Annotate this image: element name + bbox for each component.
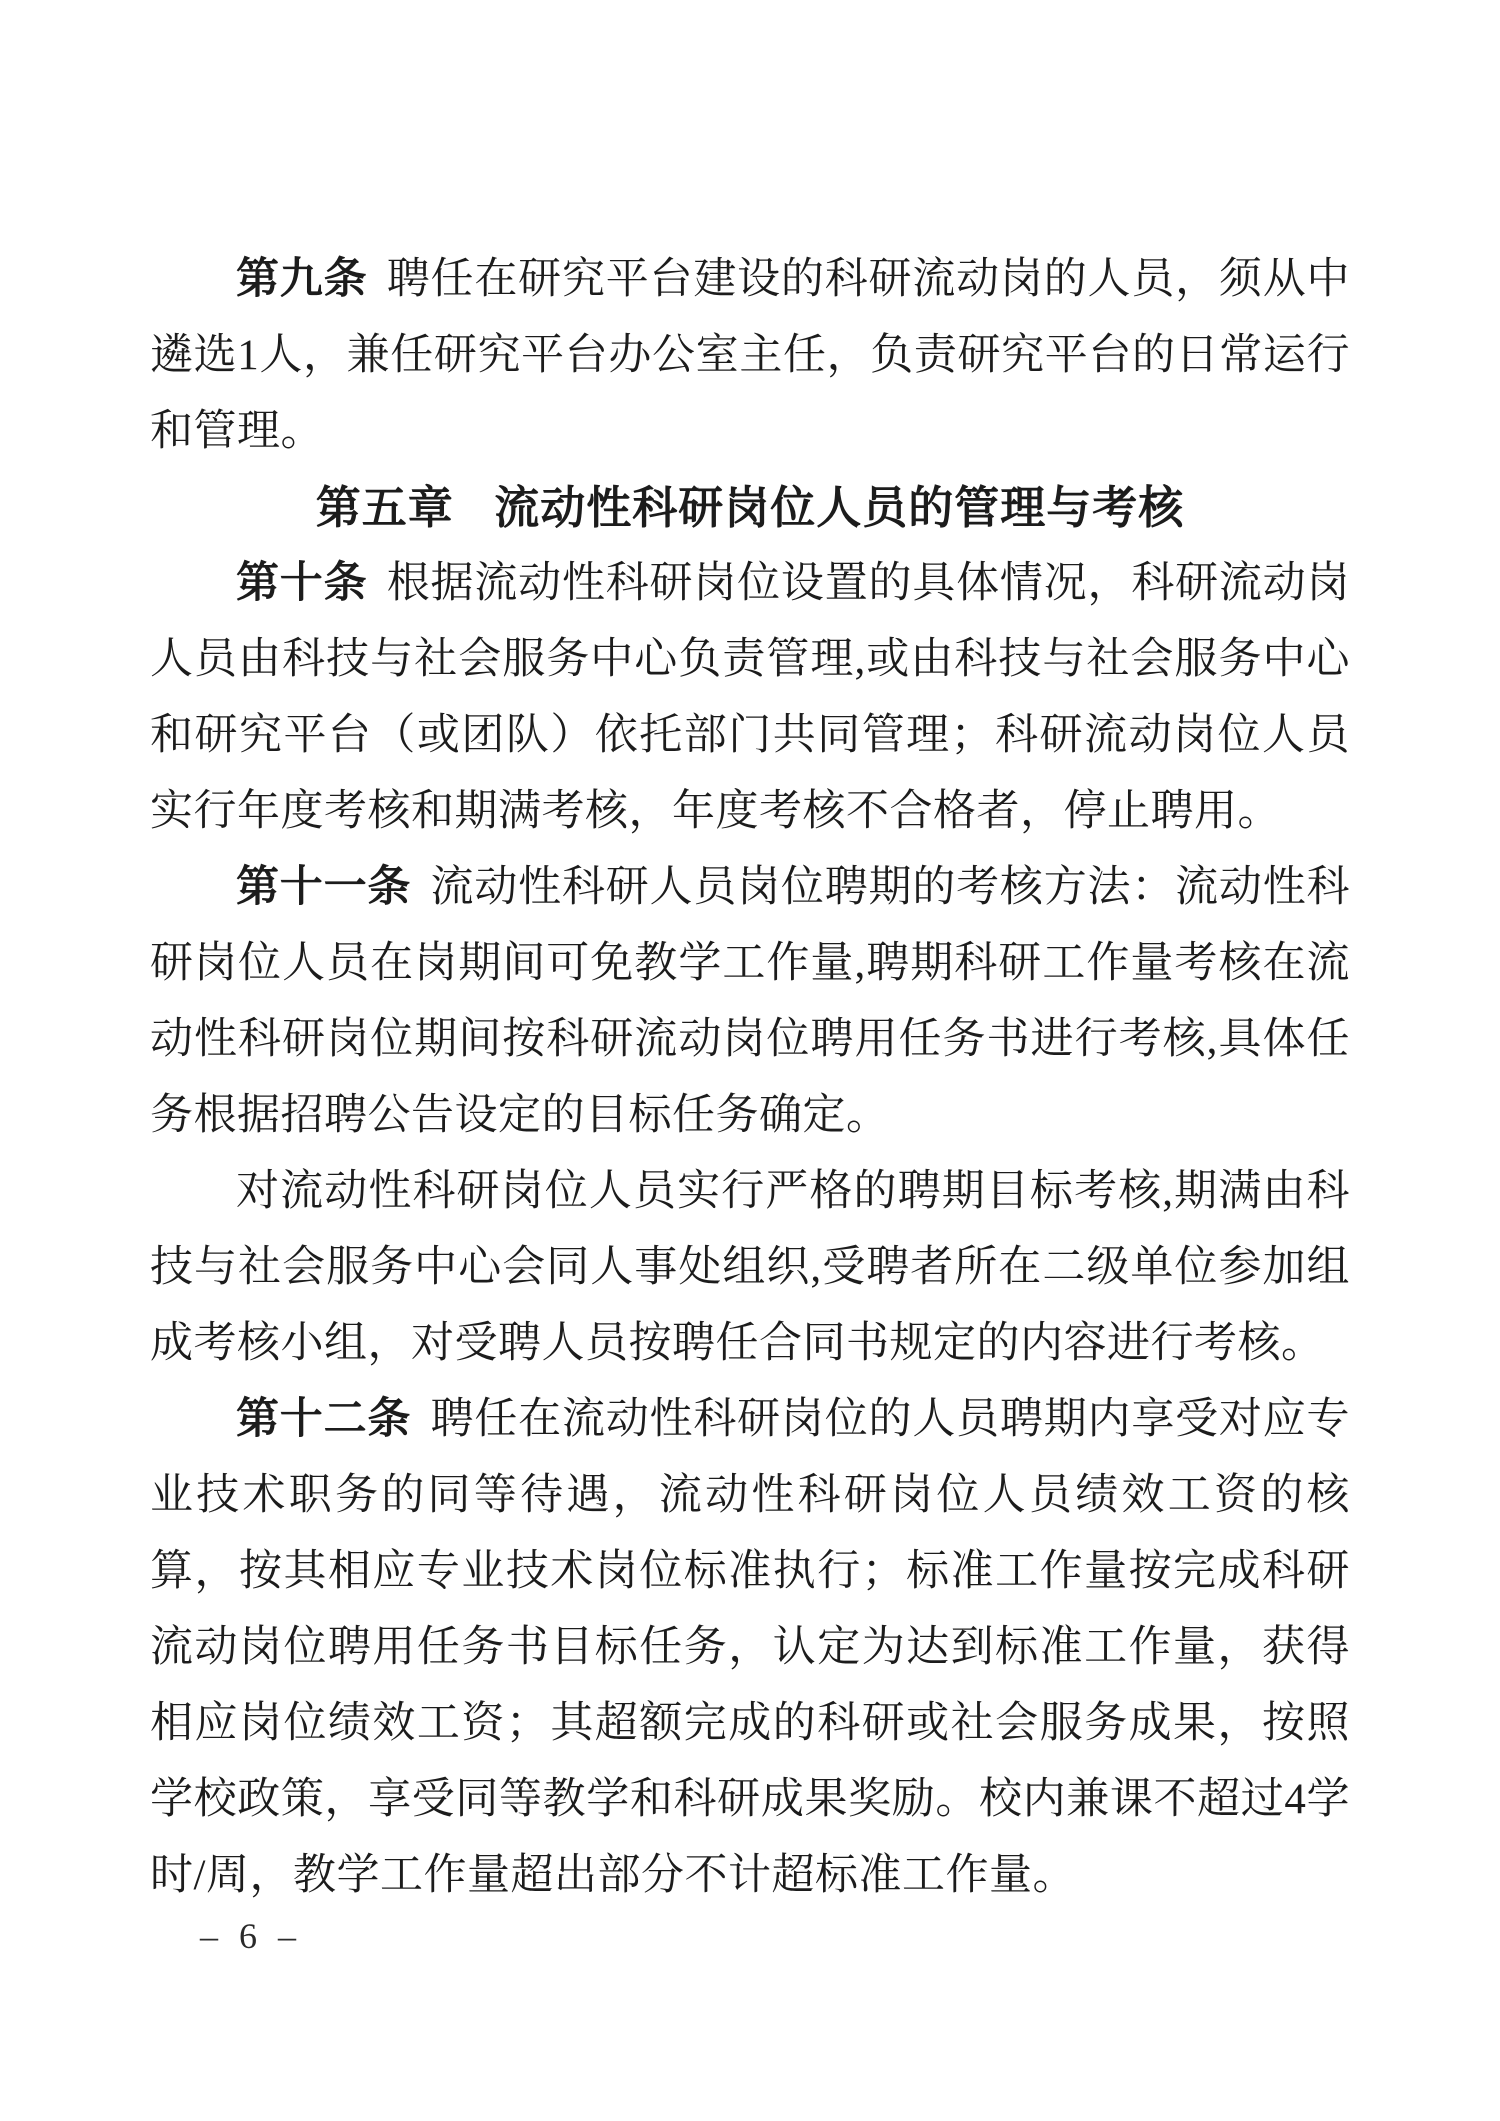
chapter-title: 流动性科研岗位人员的管理与考核 (494, 482, 1184, 533)
article-paragraph: 第九条聘任在研究平台建设的科研流动岗的人员，须从中遴选1人，兼任研究平台办公室主… (150, 242, 1350, 470)
article-number: 第十二条 (236, 1396, 411, 1443)
article-paragraph: 第十二条聘任在流动性科研岗位的人员聘期内享受对应专业技术职务的同等待遇，流动性科… (150, 1382, 1350, 1914)
article-paragraph: 第十一条流动性科研人员岗位聘期的考核方法：流动性科研岗位人员在岗期间可免教学工作… (150, 850, 1350, 1154)
chapter-number: 第五章 (316, 482, 454, 533)
article-paragraph: 第十条根据流动性科研岗位设置的具体情况，科研流动岗人员由科技与社会服务中心负责管… (150, 546, 1350, 850)
article-text: 聘任在流动性科研岗位的人员聘期内享受对应专业技术职务的同等待遇，流动性科研岗位人… (150, 1396, 1350, 1899)
article-number: 第十一条 (236, 864, 411, 911)
body-text: 对流动性科研岗位人员实行严格的聘期目标考核,期满由科技与社会服务中心会同人事处组… (150, 1168, 1350, 1367)
article-number: 第十条 (236, 560, 367, 607)
document-body: 第九条聘任在研究平台建设的科研流动岗的人员，须从中遴选1人，兼任研究平台办公室主… (150, 242, 1350, 1914)
article-number: 第九条 (236, 256, 367, 303)
body-paragraph: 对流动性科研岗位人员实行严格的聘期目标考核,期满由科技与社会服务中心会同人事处组… (150, 1154, 1350, 1382)
chapter-heading: 第五章流动性科研岗位人员的管理与考核 (150, 470, 1350, 546)
document-page: 第九条聘任在研究平台建设的科研流动岗的人员，须从中遴选1人，兼任研究平台办公室主… (0, 0, 1500, 2121)
page-number: – 6 – (200, 1912, 302, 1960)
